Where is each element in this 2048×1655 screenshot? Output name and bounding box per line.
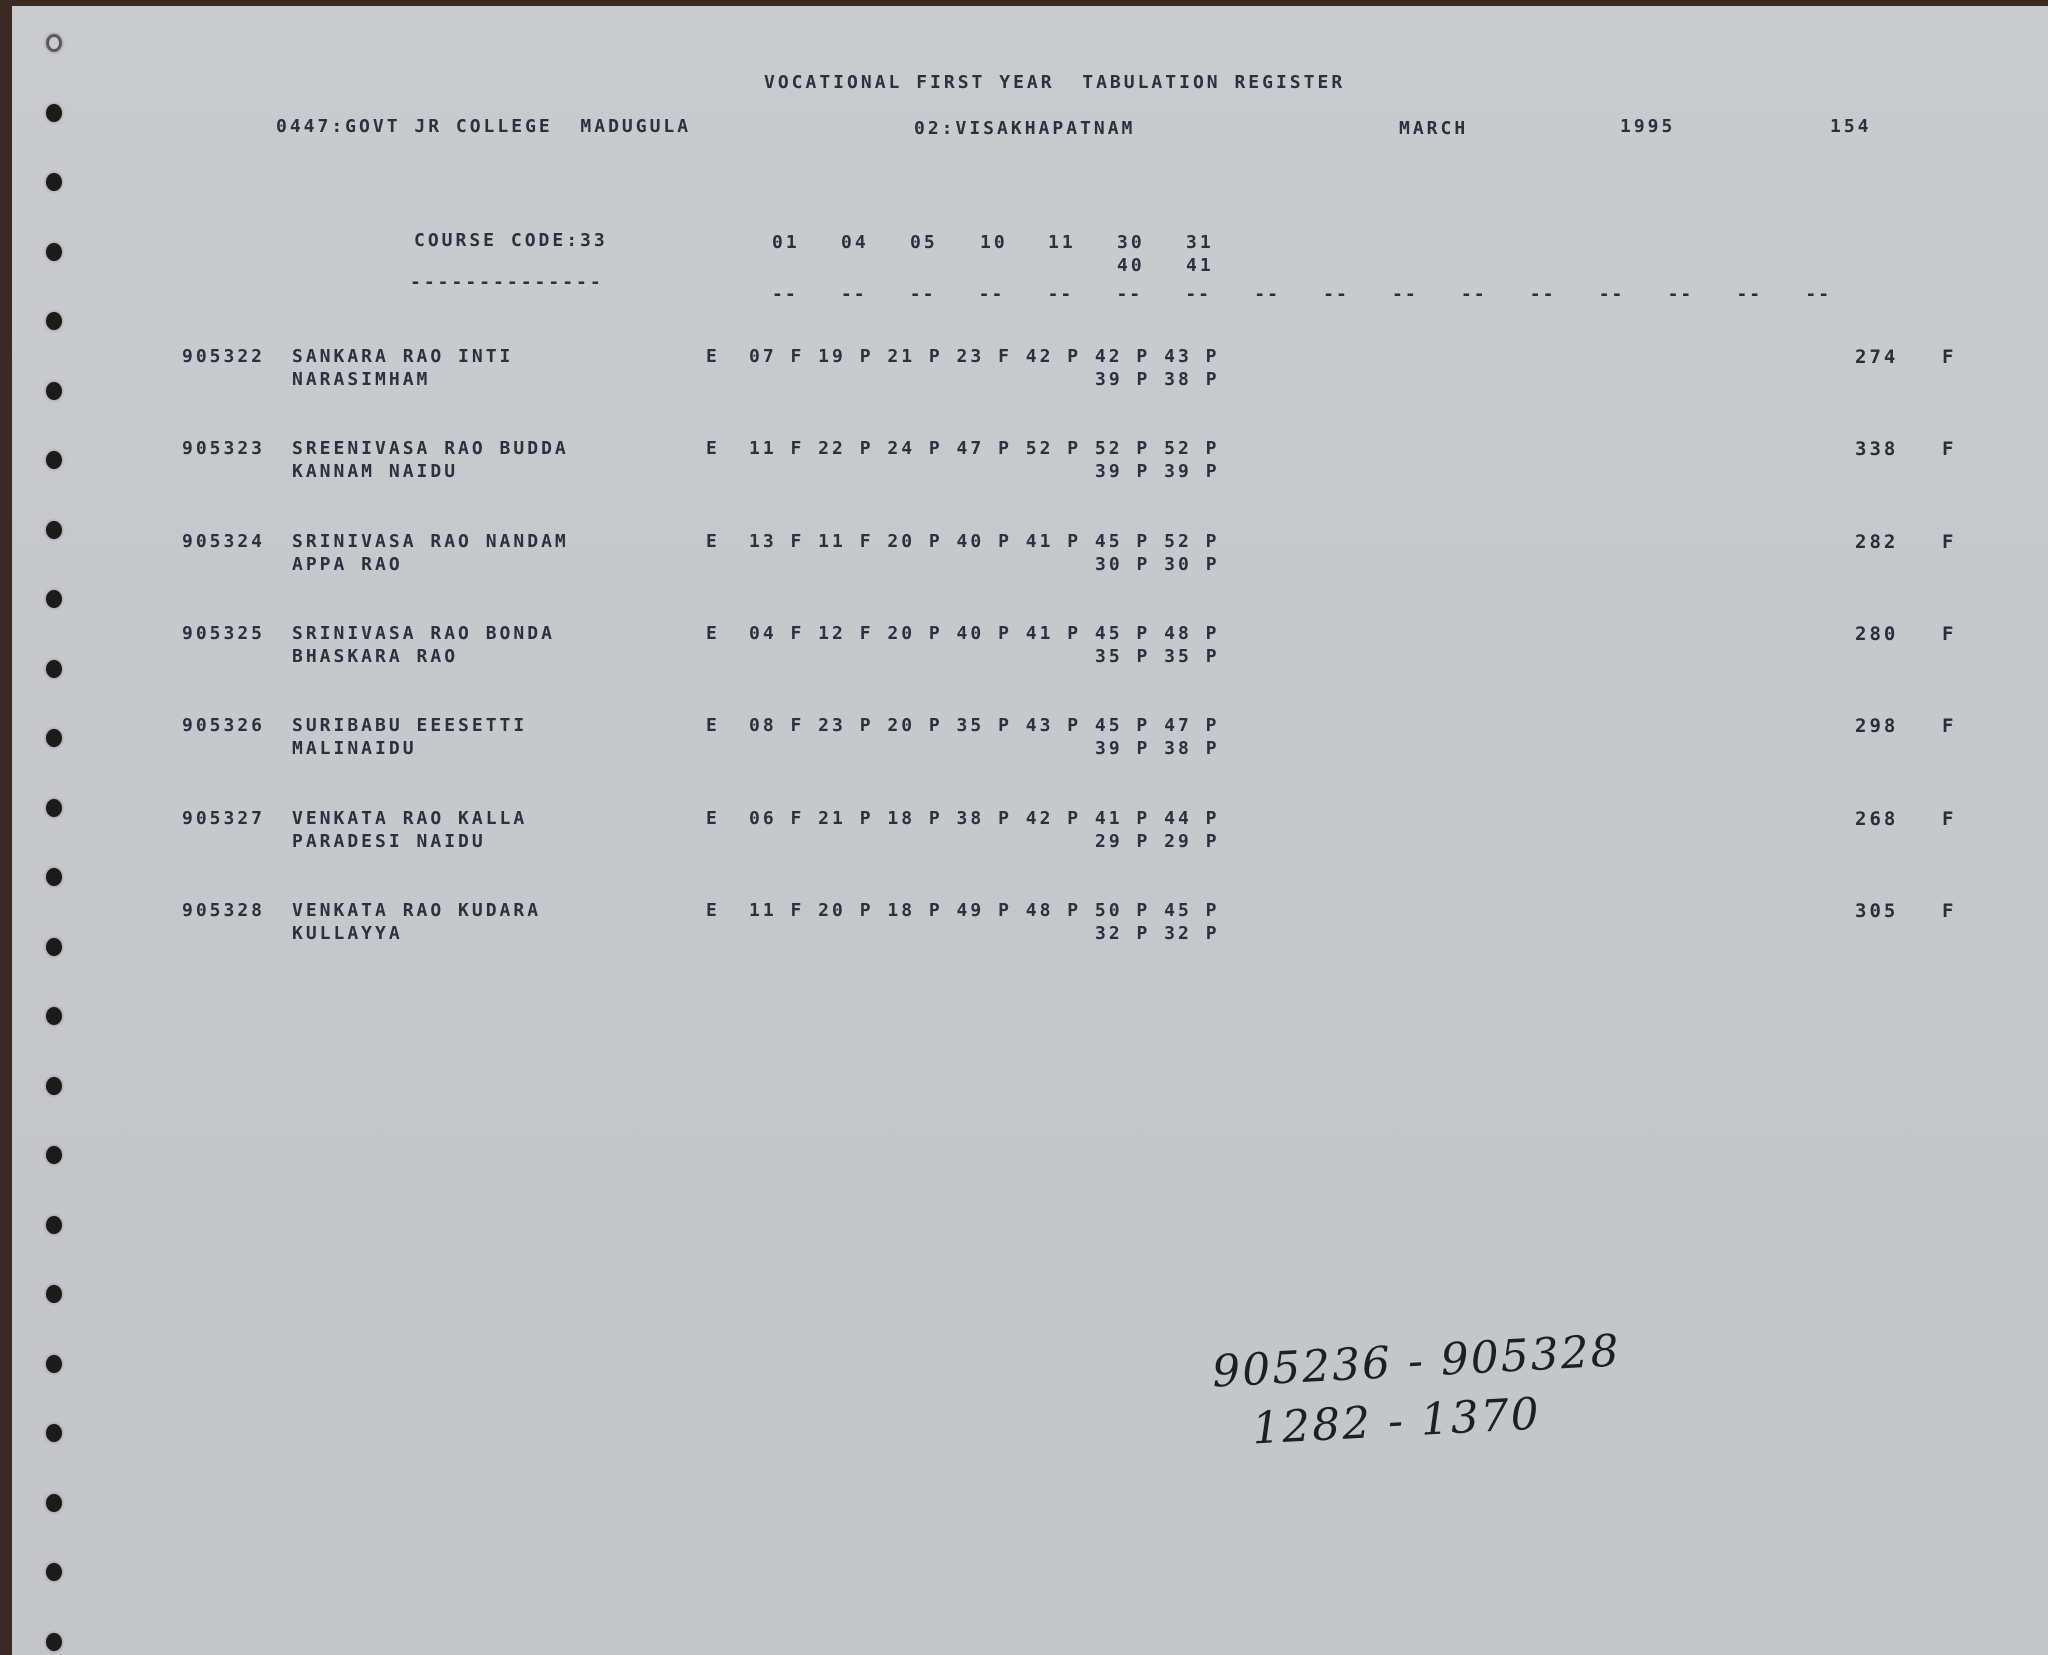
column-dash: -- xyxy=(1392,284,1461,305)
subject-code: 11 xyxy=(1048,232,1076,253)
punch-hole-icon xyxy=(46,521,62,539)
punch-hole-icon xyxy=(46,243,62,261)
punch-hole-icon xyxy=(46,451,62,469)
student-name-continued: MALINAIDU xyxy=(292,738,417,759)
subject-code: 30 xyxy=(1117,232,1145,253)
total-marks: 268 xyxy=(1855,808,1898,830)
total-marks: 282 xyxy=(1855,531,1898,553)
total-marks: 338 xyxy=(1855,438,1898,460)
roll-number: 905322 xyxy=(182,346,265,367)
student-name-continued: APPA RAO xyxy=(292,554,403,575)
punch-hole-icon xyxy=(46,799,62,817)
exam-month: MARCH xyxy=(1399,118,1468,139)
punch-hole-icon xyxy=(46,34,62,52)
student-name-continued: KULLAYYA xyxy=(292,923,403,944)
medium-code: E xyxy=(706,531,720,552)
exam-year: 1995 xyxy=(1620,116,1675,137)
result-status: F xyxy=(1942,531,1956,553)
punch-hole-icon xyxy=(46,312,62,330)
column-dash: -- xyxy=(1048,284,1117,305)
subject-marks: 04 F 12 F 20 P 40 P 41 P 45 P 48 P xyxy=(749,623,1219,644)
column-dash: -- xyxy=(1805,284,1874,305)
student-name-continued: KANNAM NAIDU xyxy=(292,461,458,482)
punch-hole-icon xyxy=(46,1633,62,1651)
column-dash: -- xyxy=(1461,284,1530,305)
total-marks: 305 xyxy=(1855,900,1898,922)
total-marks: 298 xyxy=(1855,715,1898,737)
punch-hole-icon xyxy=(46,590,62,608)
subject-code-secondary: 41 xyxy=(1186,255,1214,276)
handwritten-serial-range: 1282 - 1370 xyxy=(1251,1388,1542,1454)
total-marks: 274 xyxy=(1855,346,1898,368)
punch-hole-icon xyxy=(46,1216,62,1234)
subject-marks: 06 F 21 P 18 P 38 P 42 P 41 P 44 P xyxy=(749,808,1219,829)
column-dashes: -------------------------------- xyxy=(772,284,1874,305)
student-name: SURIBABU EEESETTI xyxy=(292,715,527,736)
subject-code: 04 xyxy=(841,232,869,253)
medium-code: E xyxy=(706,438,720,459)
subject-code-secondary: 40 xyxy=(1117,255,1145,276)
register-title: VOCATIONAL FIRST YEAR TABULATION REGISTE… xyxy=(764,72,1345,93)
roll-number: 905328 xyxy=(182,900,265,921)
punch-hole-icon xyxy=(46,104,62,122)
subject-marks: 07 F 19 P 21 P 23 F 42 P 42 P 43 P xyxy=(749,346,1219,367)
punch-hole-icon xyxy=(46,938,62,956)
punch-hole-icon xyxy=(46,1494,62,1512)
result-status: F xyxy=(1942,346,1956,368)
column-dash: -- xyxy=(1254,284,1323,305)
student-name-continued: PARADESI NAIDU xyxy=(292,831,486,852)
subject-marks: 08 F 23 P 20 P 35 P 43 P 45 P 47 P xyxy=(749,715,1219,736)
subject-code: 10 xyxy=(980,232,1008,253)
subject-marks-secondary: 35 P 35 P xyxy=(1095,646,1220,667)
punch-hole-icon xyxy=(46,382,62,400)
punch-hole-icon xyxy=(46,660,62,678)
punch-hole-icon xyxy=(46,1146,62,1164)
column-dash: -- xyxy=(910,284,979,305)
student-name: VENKATA RAO KALLA xyxy=(292,808,527,829)
result-status: F xyxy=(1942,438,1956,460)
subject-marks: 11 F 20 P 18 P 49 P 48 P 50 P 45 P xyxy=(749,900,1219,921)
column-dash: -- xyxy=(1599,284,1668,305)
result-status: F xyxy=(1942,900,1956,922)
student-name-continued: NARASIMHAM xyxy=(292,369,430,390)
medium-code: E xyxy=(706,715,720,736)
result-status: F xyxy=(1942,808,1956,830)
subject-code: 05 xyxy=(910,232,938,253)
student-name: SREENIVASA RAO BUDDA xyxy=(292,438,569,459)
handwritten-roll-range: 905236 - 905328 xyxy=(1211,1325,1622,1397)
column-dash: -- xyxy=(1530,284,1599,305)
column-dash: -- xyxy=(772,284,841,305)
medium-code: E xyxy=(706,808,720,829)
subject-marks-secondary: 39 P 39 P xyxy=(1095,461,1220,482)
column-dash: -- xyxy=(1323,284,1392,305)
punch-hole-icon xyxy=(46,1563,62,1581)
student-name: SRINIVASA RAO NANDAM xyxy=(292,531,569,552)
column-dash: -- xyxy=(841,284,910,305)
punch-hole-icon xyxy=(46,1355,62,1373)
total-marks: 280 xyxy=(1855,623,1898,645)
column-dash: -- xyxy=(1668,284,1737,305)
roll-number: 905326 xyxy=(182,715,265,736)
roll-number: 905327 xyxy=(182,808,265,829)
medium-code: E xyxy=(706,346,720,367)
column-dash: -- xyxy=(979,284,1048,305)
punch-hole-icon xyxy=(46,1077,62,1095)
subject-marks-secondary: 30 P 30 P xyxy=(1095,554,1220,575)
district-name: 02:VISAKHAPATNAM xyxy=(914,118,1135,139)
student-name: SANKARA RAO INTI xyxy=(292,346,513,367)
subject-marks: 11 F 22 P 24 P 47 P 52 P 52 P 52 P xyxy=(749,438,1219,459)
course-underline: -------------- xyxy=(410,272,604,293)
subject-marks-secondary: 39 P 38 P xyxy=(1095,738,1220,759)
page-number: 154 xyxy=(1830,116,1872,137)
punch-hole-icon xyxy=(46,868,62,886)
roll-number: 905325 xyxy=(182,623,265,644)
subject-marks-secondary: 39 P 38 P xyxy=(1095,369,1220,390)
subject-code: 31 xyxy=(1186,232,1214,253)
subject-marks-secondary: 29 P 29 P xyxy=(1095,831,1220,852)
medium-code: E xyxy=(706,900,720,921)
roll-number: 905324 xyxy=(182,531,265,552)
result-status: F xyxy=(1942,623,1956,645)
student-name: VENKATA RAO KUDARA xyxy=(292,900,541,921)
register-sheet: VOCATIONAL FIRST YEAR TABULATION REGISTE… xyxy=(12,6,2048,1655)
punch-hole-icon xyxy=(46,1007,62,1025)
course-code: COURSE CODE:33 xyxy=(414,230,608,251)
punch-hole-icon xyxy=(46,729,62,747)
punch-hole-icon xyxy=(46,173,62,191)
column-dash: -- xyxy=(1736,284,1805,305)
column-dash: -- xyxy=(1185,284,1254,305)
college-name: 0447:GOVT JR COLLEGE MADUGULA xyxy=(276,116,691,137)
result-status: F xyxy=(1942,715,1956,737)
subject-marks: 13 F 11 F 20 P 40 P 41 P 45 P 52 P xyxy=(749,531,1219,552)
roll-number: 905323 xyxy=(182,438,265,459)
subject-marks-secondary: 32 P 32 P xyxy=(1095,923,1220,944)
punch-hole-icon xyxy=(46,1285,62,1303)
medium-code: E xyxy=(706,623,720,644)
student-name-continued: BHASKARA RAO xyxy=(292,646,458,667)
column-dash: -- xyxy=(1116,284,1185,305)
student-name: SRINIVASA RAO BONDA xyxy=(292,623,555,644)
subject-code: 01 xyxy=(772,232,800,253)
punch-hole-icon xyxy=(46,1424,62,1442)
